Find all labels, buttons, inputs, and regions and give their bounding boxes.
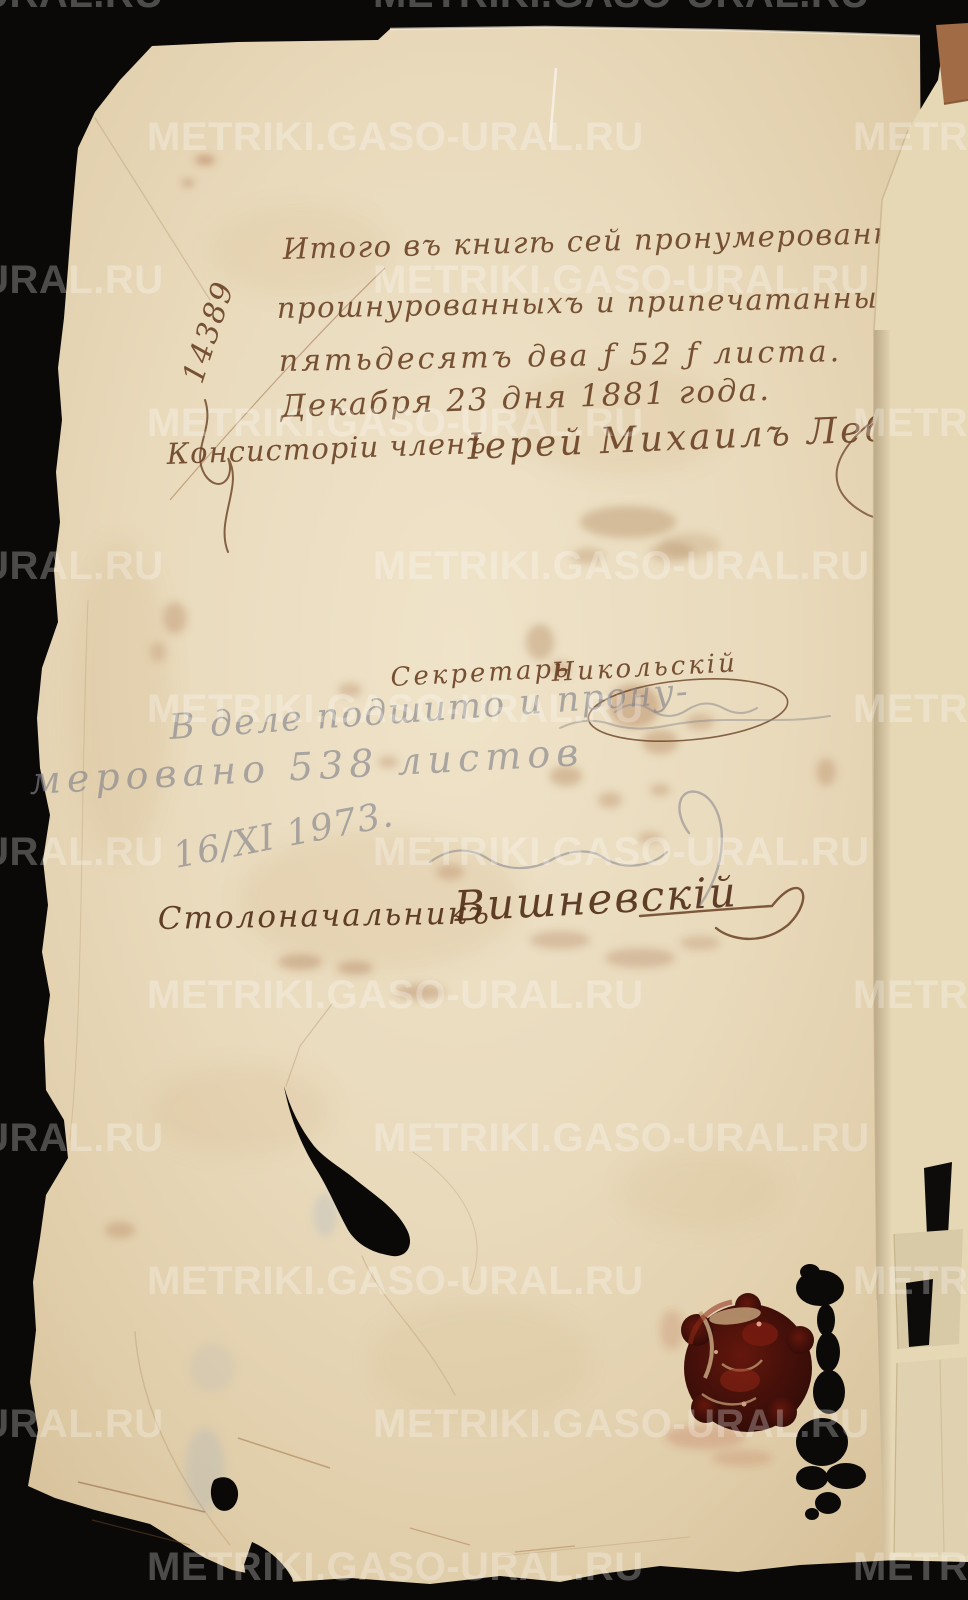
stain	[150, 642, 166, 662]
tone-patch	[620, 1150, 780, 1230]
watermark-text: METRIKI.GASO-URAL.RU	[373, 1116, 870, 1160]
watermark-text: METRIKI.GASO-URAL.RU	[0, 0, 164, 16]
cord-tail	[815, 1492, 841, 1514]
seal-residue	[712, 1450, 772, 1466]
cord-knot	[826, 1463, 866, 1489]
tape-piece-lower	[894, 1357, 968, 1556]
clerk-title: Столоначальникъ	[158, 895, 492, 937]
stain	[816, 758, 836, 786]
stain	[580, 506, 676, 538]
seal-edge-bump	[786, 1326, 814, 1354]
watermark-text: METRIKI.GASO-URAL.RU	[147, 1545, 644, 1589]
watermark-text: METRIKI.GASO-URAL.RU	[0, 830, 164, 874]
watermark-text: METRIKI.GASO-URAL.RU	[853, 1259, 968, 1303]
watermark-text: METRIKI.GASO-URAL.RU	[0, 1402, 164, 1446]
blue-smudge	[190, 1344, 234, 1392]
watermark-text: METRIKI.GASO-URAL.RU	[853, 401, 968, 445]
cord-knot	[796, 1466, 828, 1490]
stain	[605, 948, 675, 968]
watermark-text: METRIKI.GASO-URAL.RU	[147, 401, 644, 445]
stain	[105, 1222, 135, 1238]
adjacent-page-strip	[873, 23, 968, 1562]
watermark-text: METRIKI.GASO-URAL.RU	[0, 1116, 164, 1160]
stain	[650, 784, 670, 796]
watermark-text: METRIKI.GASO-URAL.RU	[0, 544, 164, 588]
stain	[163, 602, 187, 634]
watermark-text: METRIKI.GASO-URAL.RU	[0, 258, 164, 302]
watermark-text: METRIKI.GASO-URAL.RU	[373, 258, 870, 302]
watermark-text: METRIKI.GASO-URAL.RU	[147, 973, 644, 1017]
seal-gloss-dot	[757, 1322, 762, 1327]
watermark-text: METRIKI.GASO-URAL.RU	[147, 115, 644, 159]
cord-segment	[816, 1332, 840, 1372]
watermark-text: METRIKI.GASO-URAL.RU	[373, 544, 870, 588]
watermark-text: METRIKI.GASO-URAL.RU	[373, 0, 870, 16]
seal-highlight	[720, 1368, 760, 1392]
stain	[680, 936, 720, 950]
watermark-text: METRIKI.GASO-URAL.RU	[853, 687, 968, 731]
cord-segment	[800, 1264, 820, 1280]
stain	[598, 792, 622, 808]
scanned-archive-page: 14389 Итого въ книгѣ сей пронумерованных…	[0, 0, 968, 1600]
seal-residue	[660, 1310, 684, 1350]
watermark-text: METRIKI.GASO-URAL.RU	[853, 973, 968, 1017]
watermark-text: METRIKI.GASO-URAL.RU	[373, 1402, 870, 1446]
document-scan: 14389 Итого въ книгѣ сей пронумерованных…	[0, 0, 968, 1600]
watermark-text: METRIKI.GASO-URAL.RU	[147, 687, 644, 731]
stain	[530, 931, 590, 949]
watermark-text: METRIKI.GASO-URAL.RU	[853, 115, 968, 159]
stain	[278, 954, 322, 970]
cord-tail	[805, 1508, 819, 1520]
watermark-text: METRIKI.GASO-URAL.RU	[853, 1545, 968, 1589]
watermark-text: METRIKI.GASO-URAL.RU	[373, 830, 870, 874]
seal-gloss-dot	[714, 1350, 718, 1354]
stain	[182, 179, 194, 187]
cord-segment	[817, 1304, 835, 1336]
watermark-text: METRIKI.GASO-URAL.RU	[147, 1259, 644, 1303]
